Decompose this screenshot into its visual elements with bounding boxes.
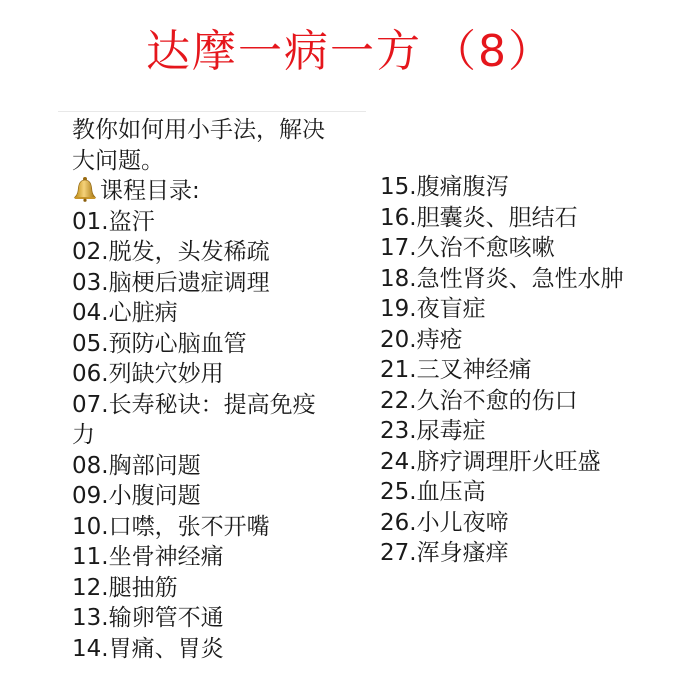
page-title: 达摩一病一方（8） xyxy=(0,22,700,82)
list-item: 22.久治不愈的伤口 xyxy=(380,386,624,417)
list-item: 11.坐骨神经痛 xyxy=(72,542,325,573)
intro-line-2: 大问题。 xyxy=(72,146,325,177)
list-item: 05.预防心脑血管 xyxy=(72,329,325,360)
list-item: 08.胸部问题 xyxy=(72,451,325,482)
title-text: 达摩一病一方 xyxy=(146,26,422,77)
bell-icon xyxy=(72,176,98,202)
list-item: 26.小儿夜啼 xyxy=(380,508,624,539)
title-number: （8） xyxy=(432,26,554,77)
course-list-right: 15.腹痛腹泻 16.胆囊炎、胆结石 17.久治不愈咳嗽 18.急性肾炎、急性水… xyxy=(380,172,624,569)
list-item: 20.痔疮 xyxy=(380,325,624,356)
intro-line-1: 教你如何用小手法，解决 xyxy=(72,115,325,146)
catalog-heading-text: 课程目录: xyxy=(100,178,200,204)
list-item: 02.脱发，头发稀疏 xyxy=(72,237,325,268)
list-item: 10.口噤，张不开嘴 xyxy=(72,512,325,543)
catalog-heading: 课程目录: xyxy=(72,176,325,207)
list-item: 27.浑身瘙痒 xyxy=(380,538,624,569)
list-item: 23.尿毒症 xyxy=(380,416,624,447)
list-item: 13.输卵管不通 xyxy=(72,603,325,634)
list-item: 12.腿抽筋 xyxy=(72,573,325,604)
list-item: 21.三叉神经痛 xyxy=(380,355,624,386)
list-item: 18.急性肾炎、急性水肿 xyxy=(380,264,624,295)
list-item: 25.血压高 xyxy=(380,477,624,508)
list-item: 06.列缺穴妙用 xyxy=(72,359,325,390)
list-item: 14.胃痛、胃炎 xyxy=(72,634,325,665)
course-list-left: 教你如何用小手法，解决 大问题。 课程目录: 01.盗汗 02.脱发，头发稀疏 … xyxy=(72,115,325,664)
list-item: 01.盗汗 xyxy=(72,207,325,238)
list-item: 19.夜盲症 xyxy=(380,294,624,325)
list-item: 17.久治不愈咳嗽 xyxy=(380,233,624,264)
list-item: 09.小腹问题 xyxy=(72,481,325,512)
list-item: 16.胆囊炎、胆结石 xyxy=(380,203,624,234)
list-item: 15.腹痛腹泻 xyxy=(380,172,624,203)
list-item-continuation: 力 xyxy=(72,420,325,451)
list-item: 04.心脏病 xyxy=(72,298,325,329)
divider xyxy=(58,111,366,112)
list-item: 03.脑梗后遗症调理 xyxy=(72,268,325,299)
list-item: 07.长寿秘诀：提高免疫 xyxy=(72,390,325,421)
list-item: 24.脐疗调理肝火旺盛 xyxy=(380,447,624,478)
